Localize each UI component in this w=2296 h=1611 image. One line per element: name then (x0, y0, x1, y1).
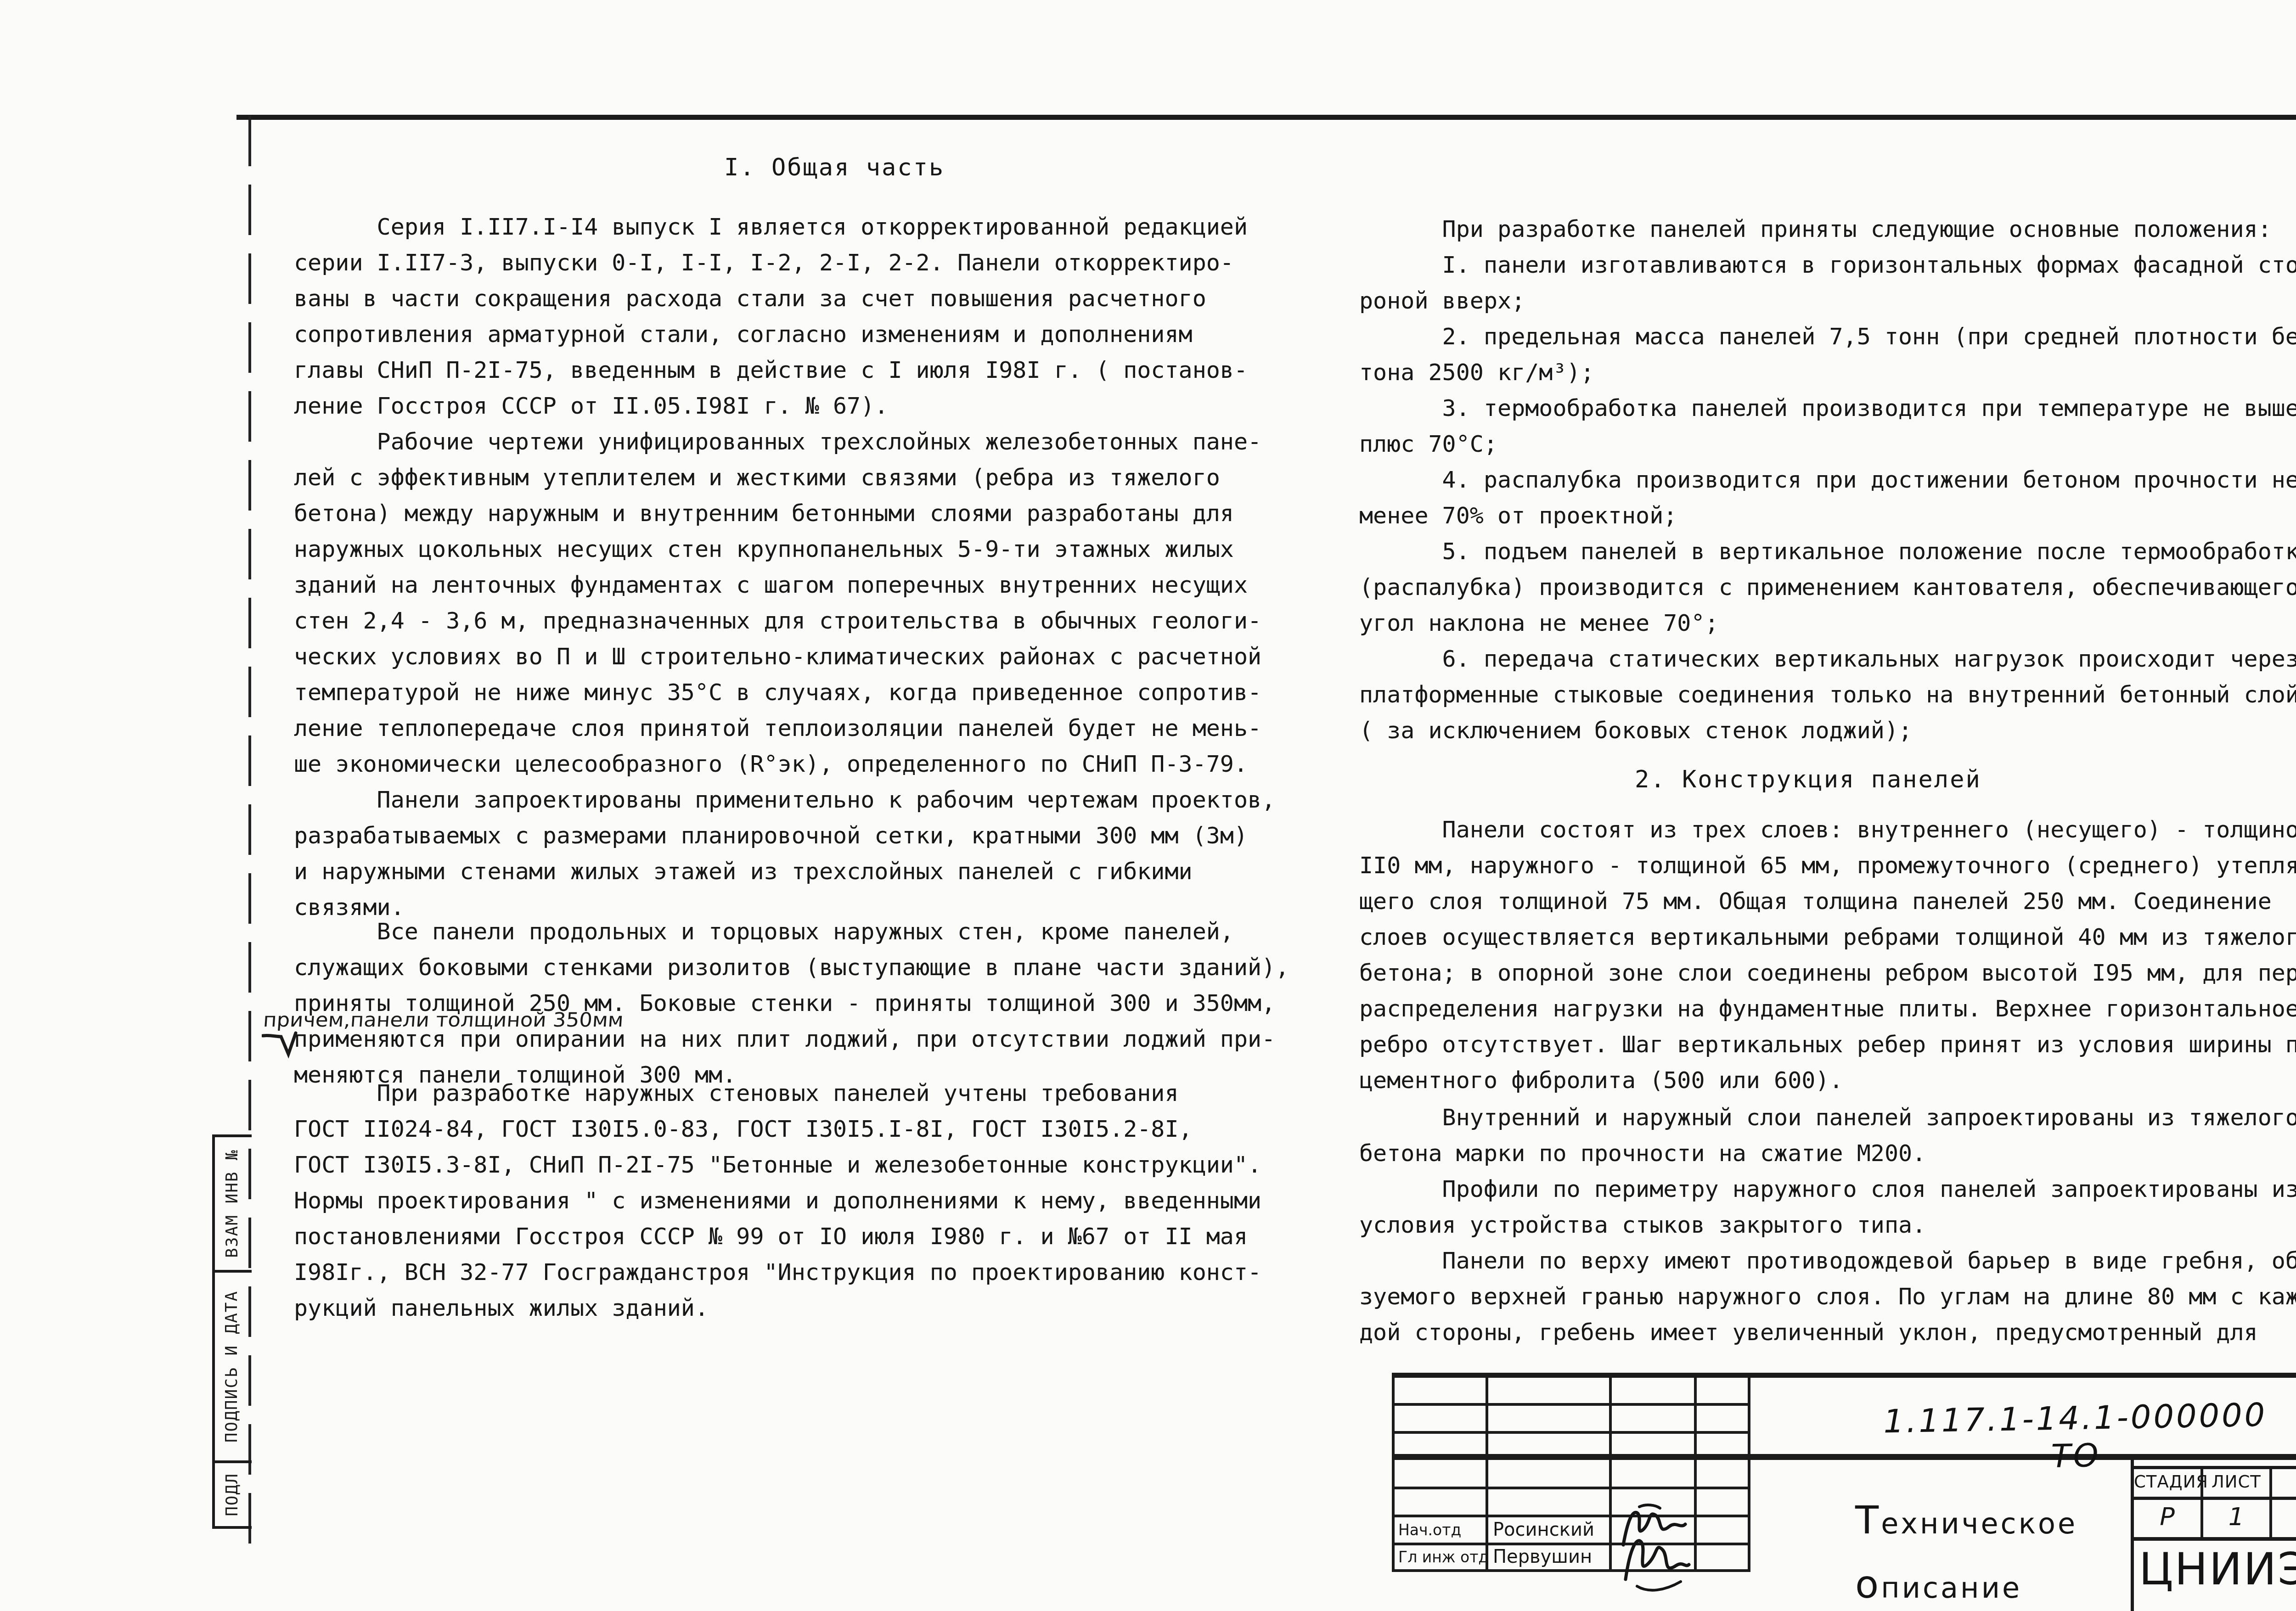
stage-header: СТАДИЯ (2134, 1472, 2200, 1492)
left-paragraph-4: Все панели продольных и торцовых наружны… (294, 914, 1289, 1093)
organization-name: ЦНИИЭПжилищ (2139, 1544, 2296, 1595)
scanned-document-page: { "colors": { "ink": "#1b1b1b", "paper":… (0, 0, 2296, 1611)
stage-table-vline (2269, 1466, 2272, 1539)
right-paragraph-2: Внутренний и наружный слои панелей запро… (1359, 1100, 2296, 1171)
margin-stamp-cell-vzam-inv: ВЗАМ ИНВ № (212, 1137, 252, 1270)
signature-role-2: Гл инж отд (1395, 1544, 1488, 1569)
grid-hline (1392, 1431, 1750, 1434)
insertion-caret-icon (262, 1028, 312, 1061)
right-items-list: При разработке панелей приняты следующие… (1359, 211, 2296, 748)
right-paragraph-1: Панели состоят из трех слоев: внутреннег… (1359, 812, 2296, 1098)
signature-role-1: Нач.отд (1395, 1517, 1488, 1543)
organization-name-caps: ЦНИИЭП (2139, 1544, 2296, 1595)
sheet-header: ЛИСТ (2203, 1472, 2269, 1492)
grid-hline (1392, 1487, 1750, 1489)
left-paragraph-3: Панели запроектированы применительно к р… (294, 782, 1275, 925)
document-title-line1: Техническое (1855, 1498, 2077, 1543)
section2-heading: 2. Конструкция панелей (1635, 766, 1981, 793)
right-paragraph-3: Профили по периметру наружного слоя пане… (1359, 1171, 2296, 1243)
margin-stamp-cell-podl: ПОДЛ (212, 1463, 252, 1526)
margin-stamp-label: ПОДЛ (223, 1473, 242, 1516)
signature-pervushin-icon (1612, 1529, 1694, 1598)
titleblock-top-line (1392, 1373, 2296, 1378)
sheet-value: 1 (2203, 1502, 2269, 1531)
top-border-line (236, 115, 2296, 120)
margin-stamp-label: ВЗАМ ИНВ № (223, 1149, 242, 1258)
margin-stamp-cell-podpis-data: ПОДПИСЬ И ДАТА (212, 1273, 252, 1460)
left-paragraph-1: Серия I.II7.I-I4 выпуск I является откор… (294, 209, 1248, 424)
margin-stamp-divider (212, 1526, 252, 1529)
margin-stamp-label: ПОДПИСЬ И ДАТА (223, 1291, 242, 1443)
section1-heading: I. Общая часть (724, 154, 945, 181)
stage-value: Р (2134, 1502, 2200, 1531)
grid-hline (1392, 1569, 1750, 1572)
left-paragraph-5: При разработке наружных стеновых панелей… (294, 1075, 1261, 1326)
left-paragraph-2: Рабочие чертежи унифицированных трехслой… (294, 424, 1261, 782)
right-paragraph-4: Панели по верху имеют противодождевой ба… (1359, 1243, 2296, 1350)
stage-table-vline (2131, 1460, 2134, 1611)
grid-hline (1392, 1403, 1750, 1406)
signature-name-1: Росинский (1488, 1516, 1613, 1543)
document-title-line2: описание (1855, 1562, 2022, 1607)
handwritten-annotation: причем,панели толщиной 350мм (262, 1008, 624, 1031)
signature-name-2: Первушин (1488, 1544, 1613, 1569)
